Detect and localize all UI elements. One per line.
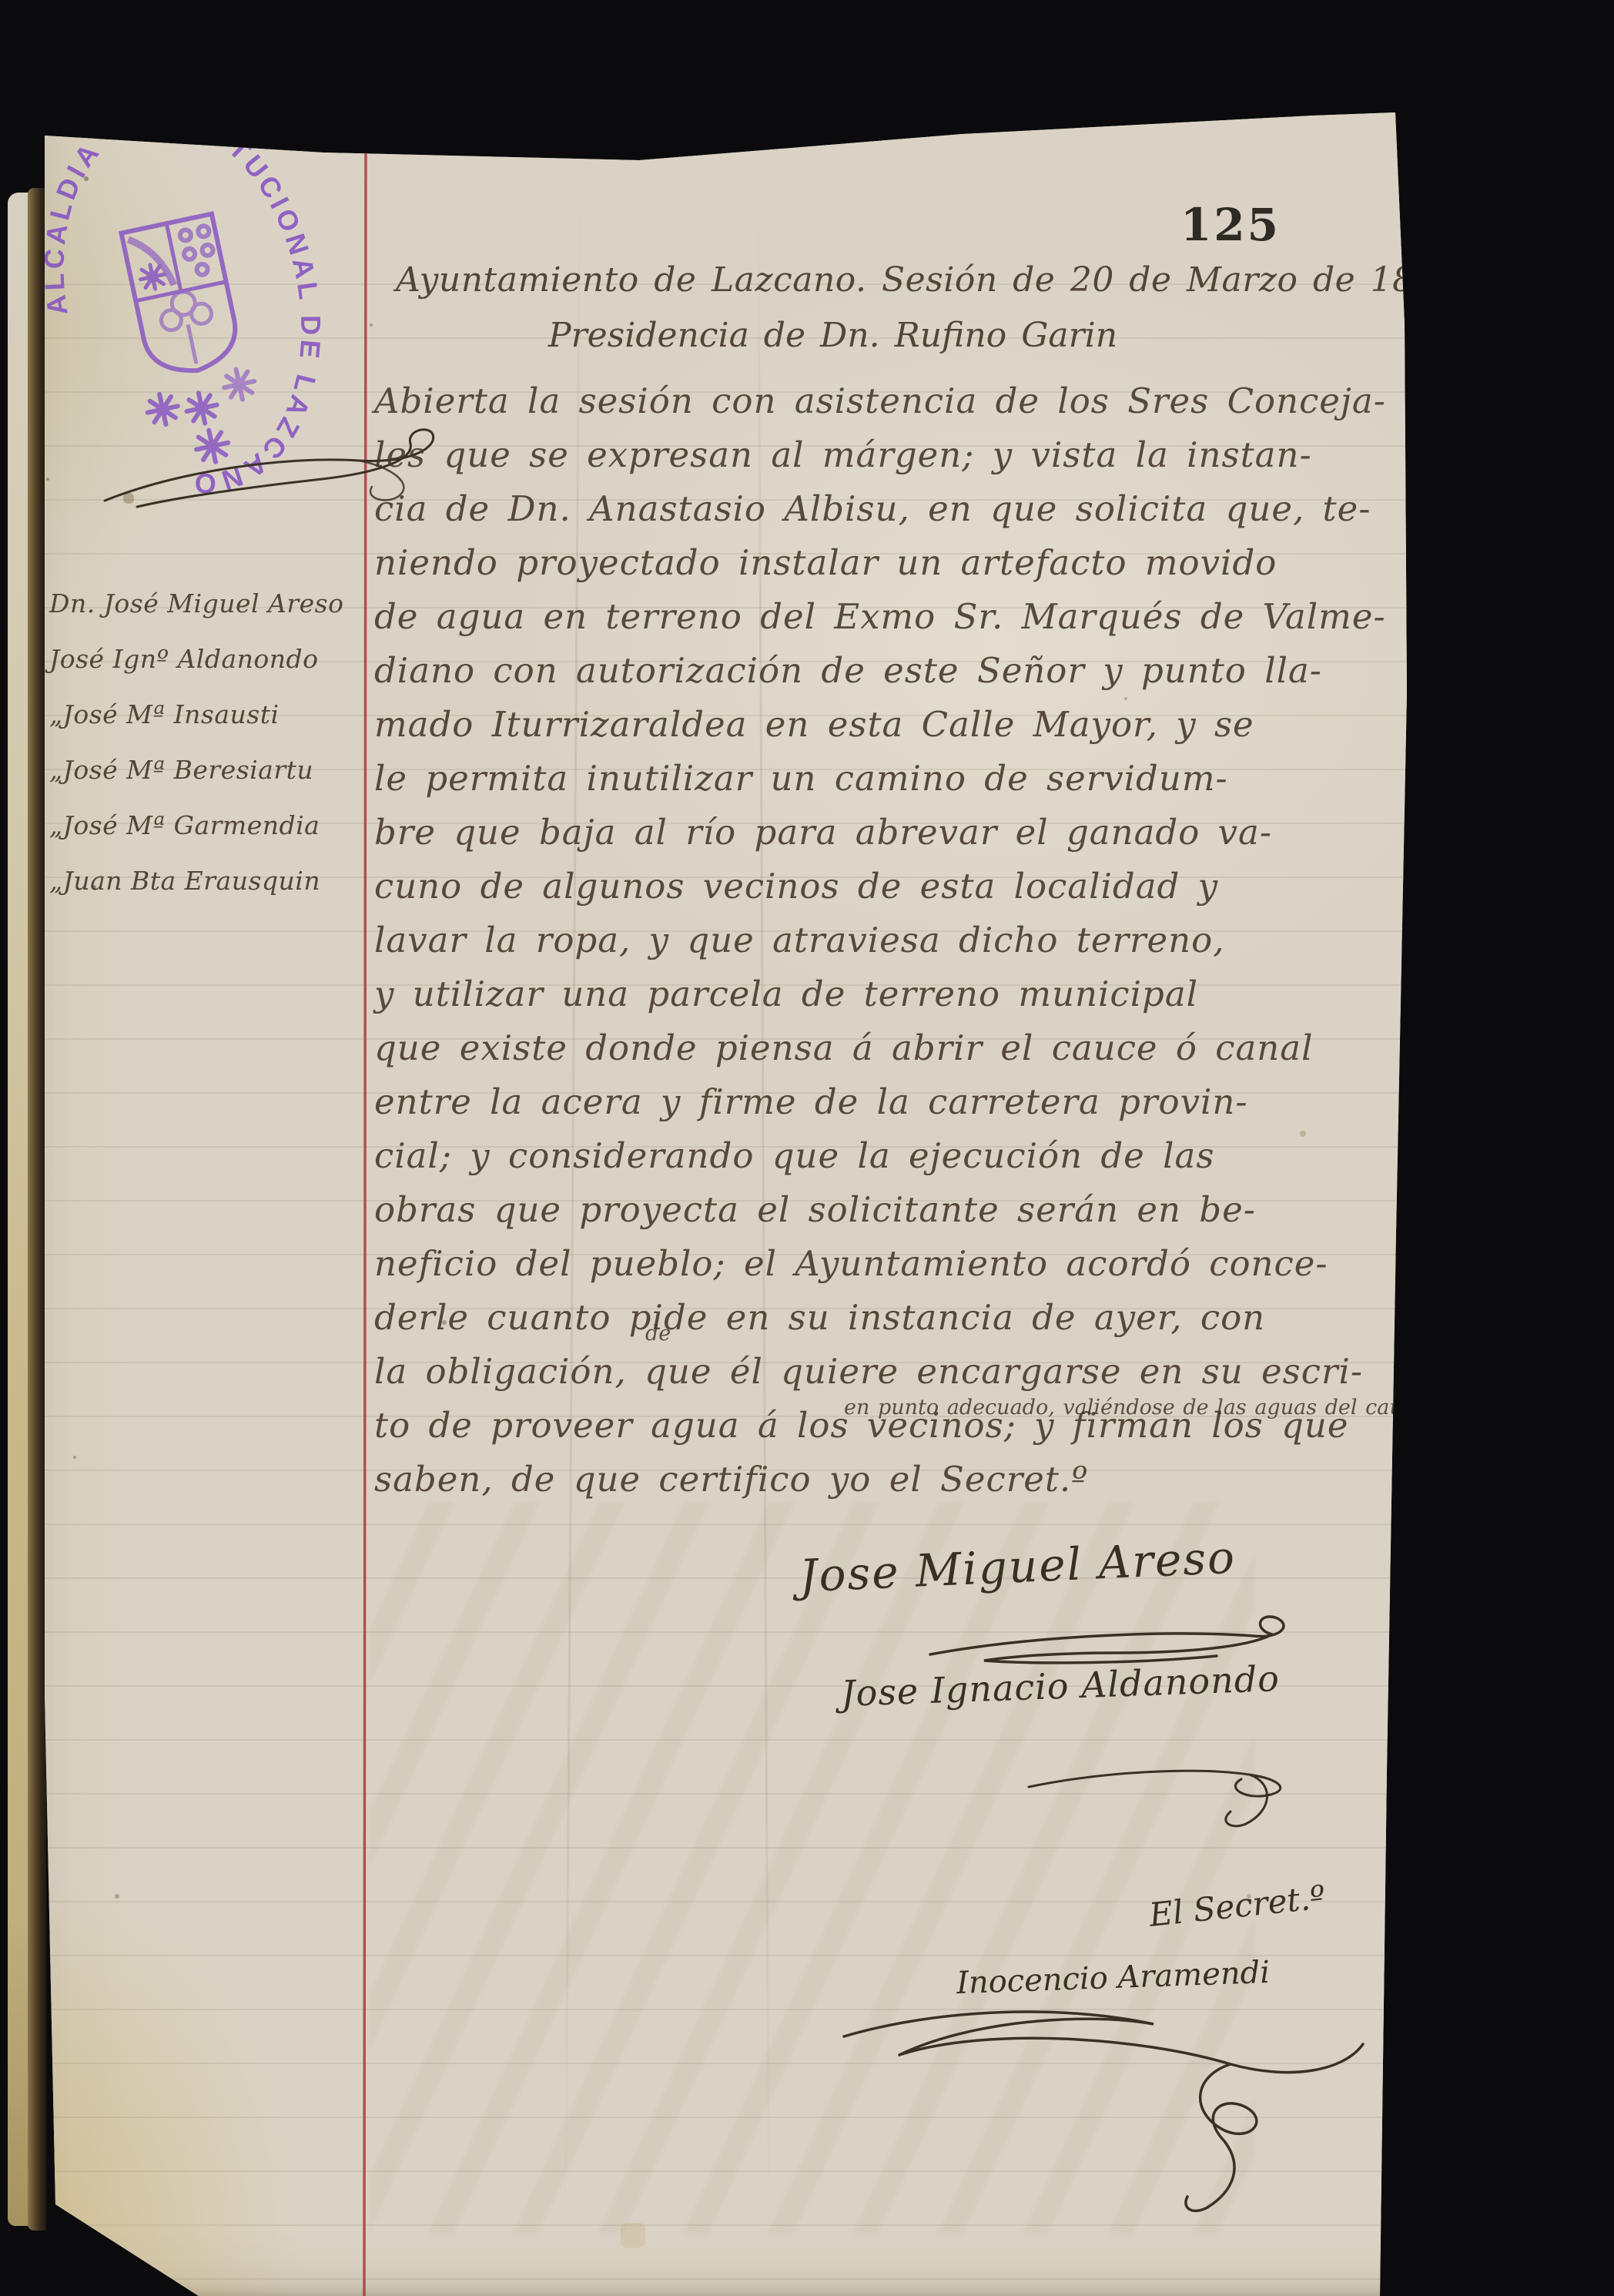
act-line: Abierta la sesión con asistencia de los … bbox=[374, 374, 1398, 428]
attendee-name: „José Mª Insausti bbox=[49, 687, 380, 742]
act-line: diano con autorización de este Señor y p… bbox=[374, 644, 1398, 698]
act-line: de agua en terreno del Exmo Sr. Marqués … bbox=[374, 590, 1398, 644]
interline-insertion-word: de bbox=[645, 1322, 671, 1346]
book-spine-fold bbox=[28, 188, 46, 2231]
act-line: lavar la ropa, y que atraviesa dicho ter… bbox=[374, 913, 1398, 967]
aldanondo-signature-flourish bbox=[1018, 1742, 1311, 1842]
act-line: niendo proyectado instalar un artefacto … bbox=[374, 536, 1398, 590]
act-line: cuno de algunos vecinos de esta localida… bbox=[374, 860, 1398, 913]
stamp-tree bbox=[156, 287, 221, 369]
foxing-speckles bbox=[0, 0, 3, 3]
act-line: derle cuanto pide en su instancia de aye… bbox=[374, 1291, 1398, 1345]
archive-photo-scene: 125 ALCALDIA CONSTITUCIONAL DE LAZCANO bbox=[0, 0, 1614, 2296]
secretary-rubric-flourish bbox=[830, 1989, 1385, 2220]
attendee-name: „José Mª Beresiartu bbox=[49, 742, 380, 798]
attendee-name: José Ignº Aldanondo bbox=[49, 632, 380, 687]
page-number: 125 bbox=[1177, 199, 1284, 251]
act-line: que existe donde piensa á abrir el cauce… bbox=[374, 1021, 1398, 1075]
attendee-name: Dn. José Miguel Areso bbox=[49, 576, 380, 632]
attendee-name: „José Mª Garmendia bbox=[49, 798, 380, 853]
act-line: y utilizar una parcela de terreno munici… bbox=[374, 967, 1398, 1021]
act-line: entre la acera y firme de la carretera p… bbox=[374, 1075, 1398, 1129]
act-line: neficio del pueblo; el Ayuntamiento acor… bbox=[374, 1237, 1398, 1291]
act-line: cia de Dn. Anastasio Albisu, en que soli… bbox=[374, 482, 1398, 536]
act-line: saben, de que certifico yo el Secret.º bbox=[374, 1453, 1398, 1507]
act-line: mado Iturrizaraldea en esta Calle Mayor,… bbox=[374, 698, 1398, 752]
stamp-coat-of-arms bbox=[122, 214, 243, 380]
act-body: Abierta la sesión con asistencia de los … bbox=[374, 374, 1398, 1507]
attendee-name: „Juan Bta Erausquin bbox=[49, 853, 380, 909]
manuscript-page: 125 ALCALDIA CONSTITUCIONAL DE LAZCANO bbox=[0, 0, 1614, 2296]
act-line: obras que proyecta el solicitante serán … bbox=[374, 1183, 1398, 1237]
interline-addition-line: en punto adecuado, valiéndose de las agu… bbox=[844, 1396, 1433, 1419]
act-line: le permita inutilizar un camino de servi… bbox=[374, 752, 1398, 806]
act-line: cial; y considerando que la ejecución de… bbox=[374, 1129, 1398, 1183]
margin-attendees-list: Dn. José Miguel Areso José Ignº Aldanond… bbox=[49, 576, 380, 909]
act-line: les que se expresan al márgen; y vista l… bbox=[374, 428, 1398, 482]
act-line: bre que baja al río para abrevar el gana… bbox=[374, 806, 1398, 860]
presidency-line: Presidencia de Dn. Rufino Garin bbox=[548, 316, 1117, 355]
act-line: la obligación, que él quiere encargarse … bbox=[374, 1345, 1398, 1399]
stamp-hearts-quarter bbox=[179, 225, 218, 278]
session-title-line: Ayuntamiento de Lazcano. Sesión de 20 de… bbox=[396, 260, 1458, 300]
